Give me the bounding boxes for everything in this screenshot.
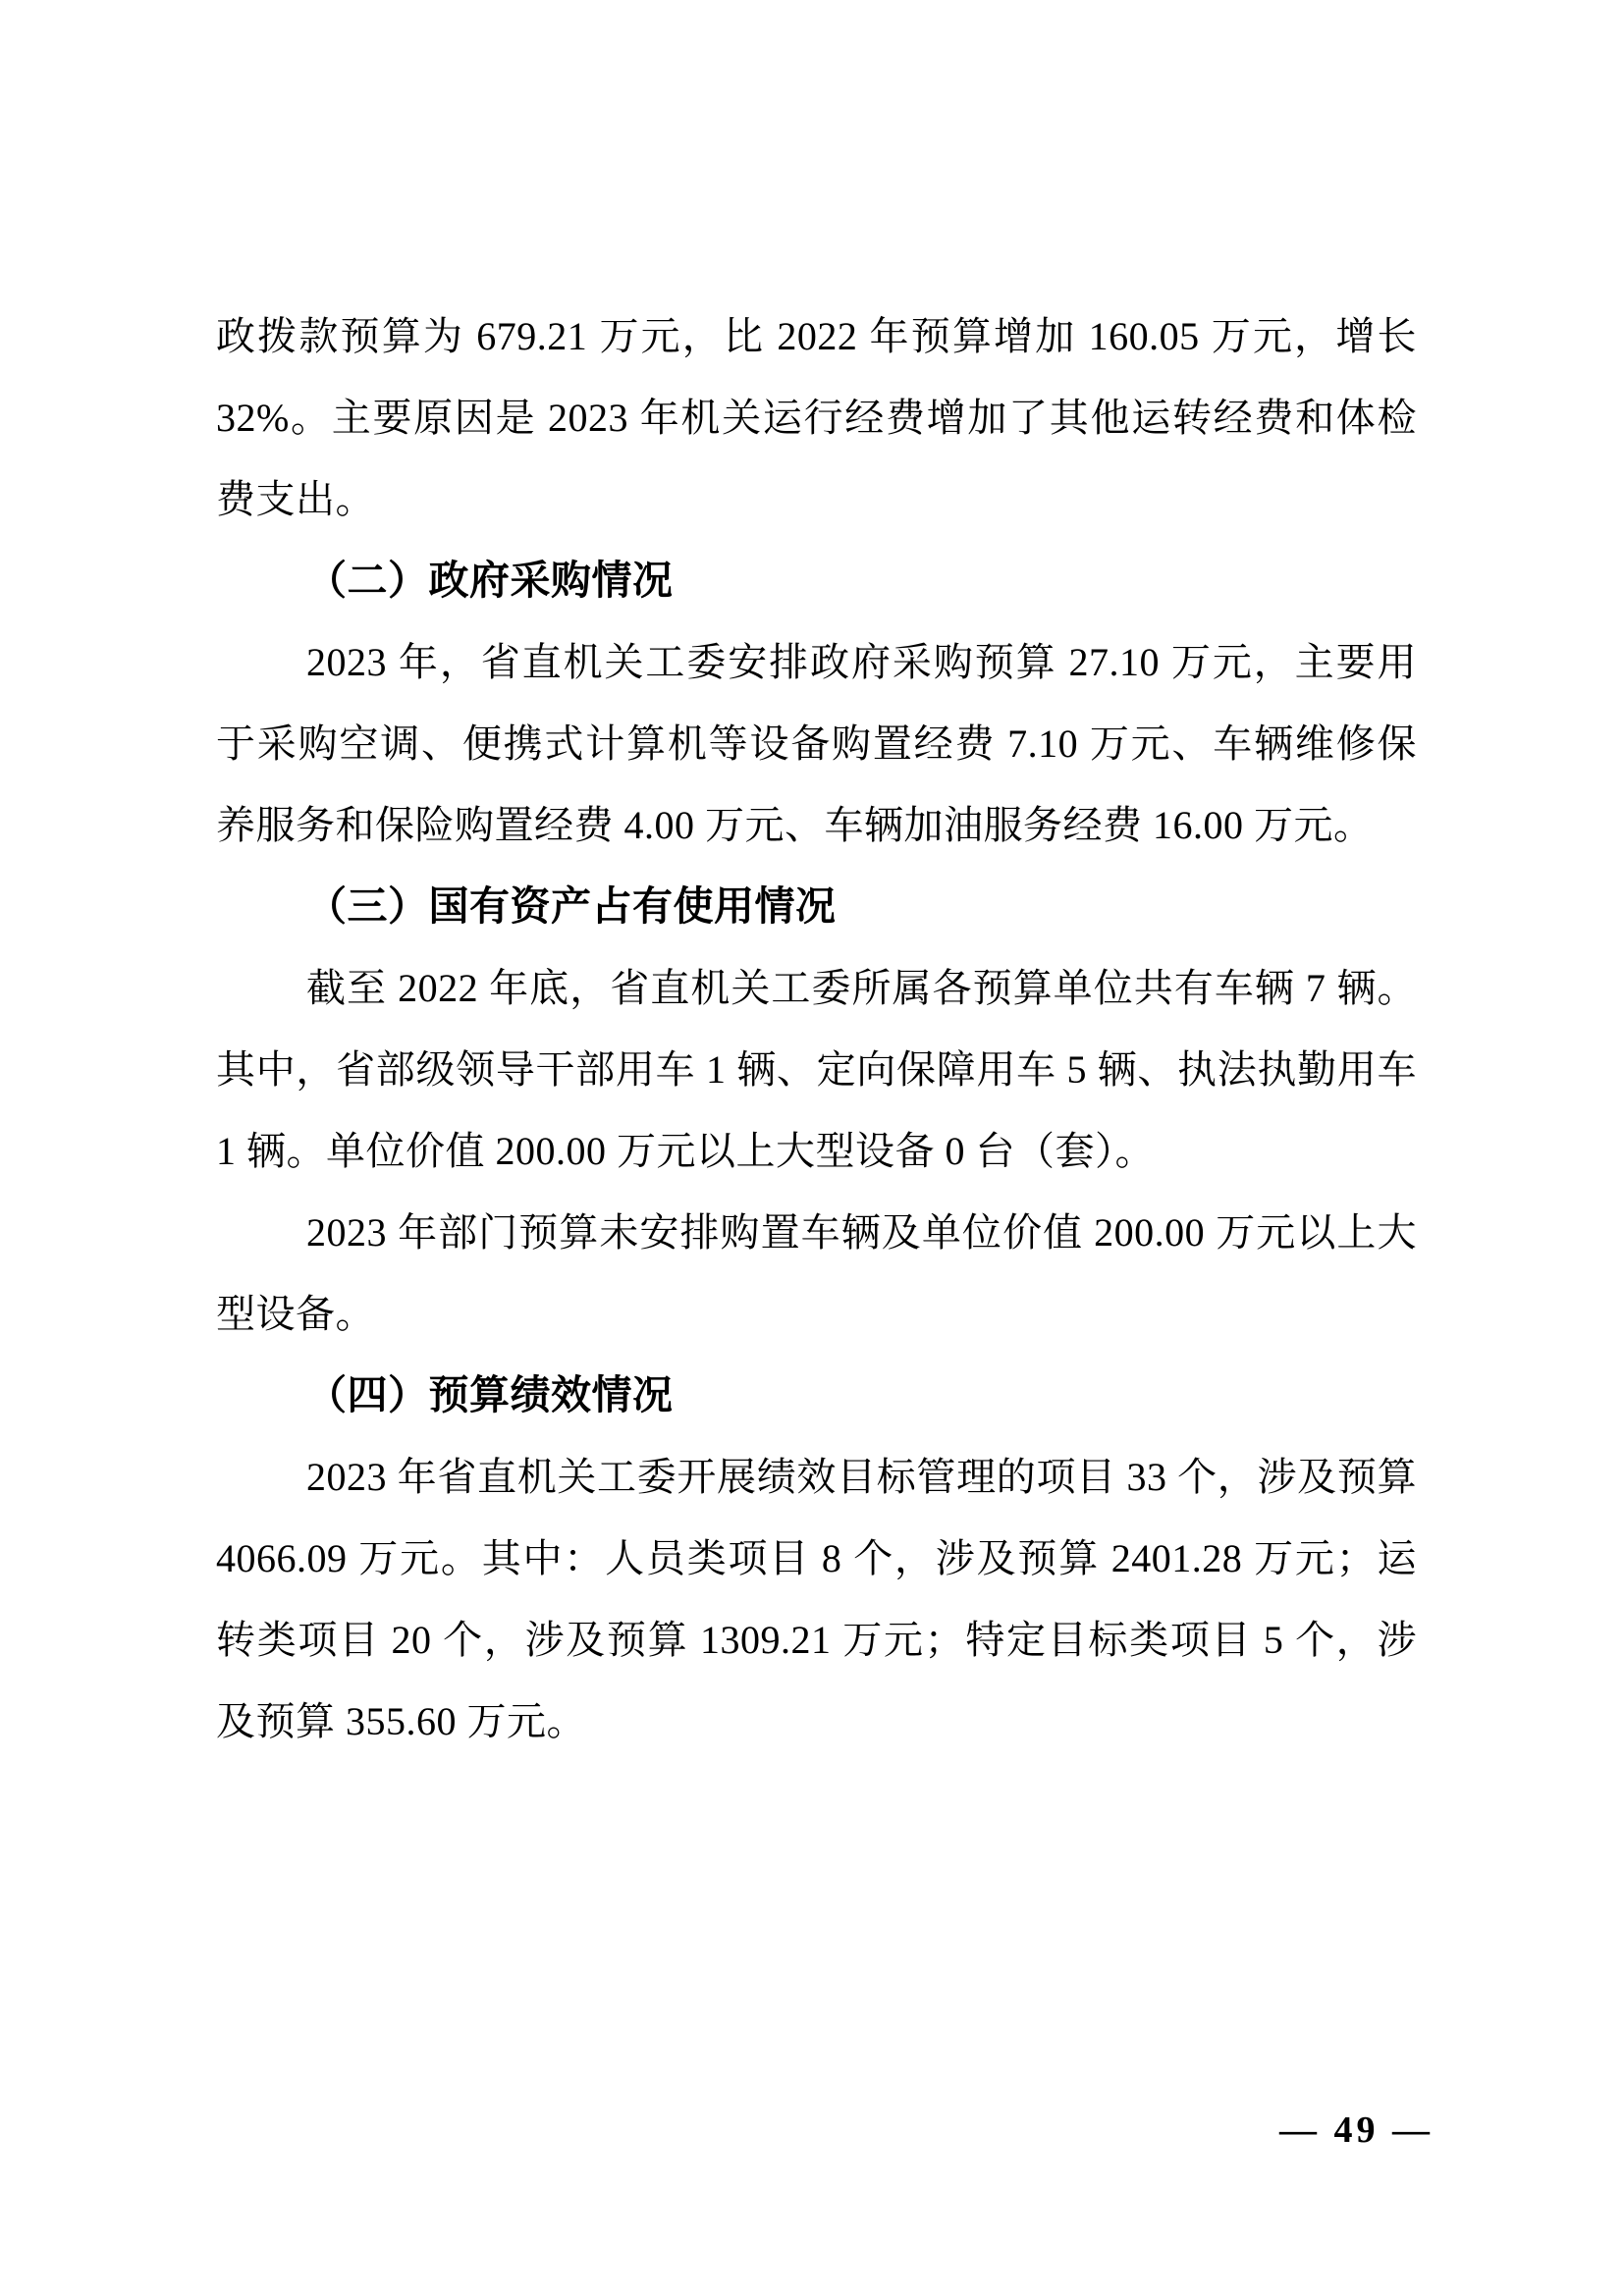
paragraph-funding-continuation: 政拨款预算为 679.21 万元，比 2022 年预算增加 160.05 万元，… [216,295,1417,540]
document-page: 政拨款预算为 679.21 万元，比 2022 年预算增加 160.05 万元，… [0,0,1624,2296]
paragraph-no-new-purchases: 2023 年部门预算未安排购置车辆及单位价值 200.00 万元以上大型设备。 [216,1192,1417,1355]
section-heading-budget-performance: （四）预算绩效情况 [216,1355,1417,1436]
page-number: — 49 — [1279,2109,1434,2152]
paragraph-procurement-details: 2023 年，省直机关工委安排政府采购预算 27.10 万元，主要用于采购空调、… [216,621,1417,866]
document-body: 政拨款预算为 679.21 万元，比 2022 年预算增加 160.05 万元，… [216,295,1417,1762]
paragraph-vehicle-assets: 截至 2022 年底，省直机关工委所属各预算单位共有车辆 7 辆。其中，省部级领… [216,947,1417,1192]
section-heading-state-assets: （三）国有资产占有使用情况 [216,866,1417,947]
section-heading-government-procurement: （二）政府采购情况 [216,540,1417,621]
paragraph-performance-targets: 2023 年省直机关工委开展绩效目标管理的项目 33 个，涉及预算 4066.0… [216,1436,1417,1762]
